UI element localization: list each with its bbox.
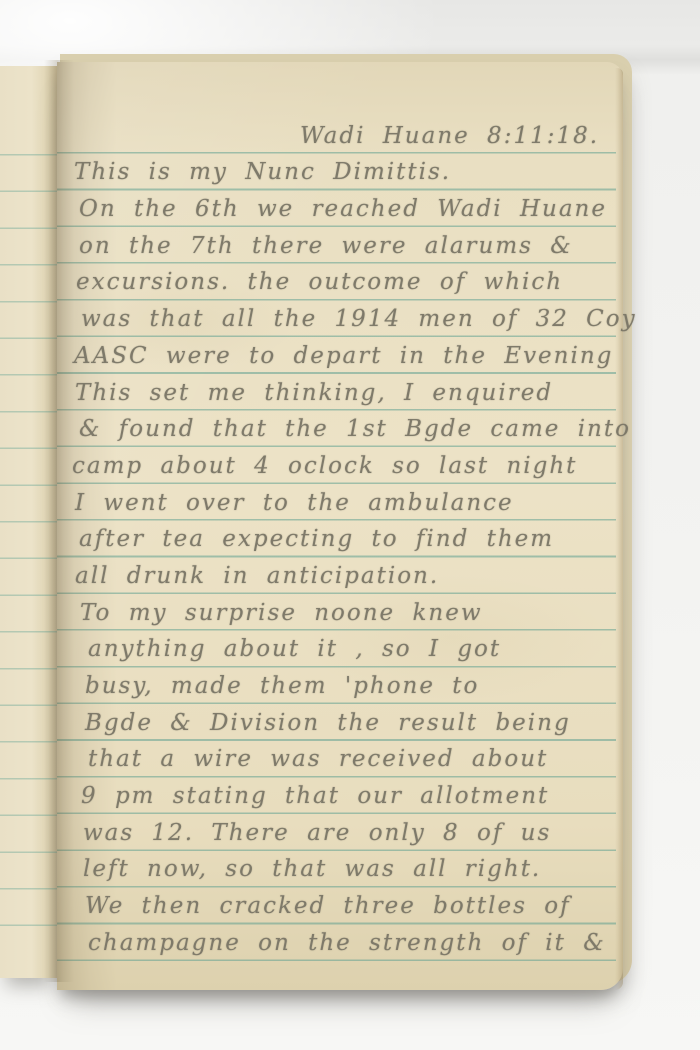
handwriting-line: I went over to the ambulance xyxy=(75,483,619,520)
handwriting-line: camp about 4 oclock so last night xyxy=(72,446,619,483)
handwriting-line: To my surprise noone knew xyxy=(80,593,619,630)
handwriting-line: was 12. There are only 8 of us xyxy=(83,813,619,850)
handwriting-line: anything about it , so I got xyxy=(88,630,619,667)
handwriting-line: We then cracked three bottles of xyxy=(85,886,619,923)
handwriting-line: left now, so that was all right. xyxy=(83,850,619,887)
handwriting-line: after tea expecting to find them xyxy=(79,520,619,557)
handwriting-line: & found that the 1st Bgde came into xyxy=(79,410,619,447)
handwriting-line: champagne on the strength of it & xyxy=(88,923,619,960)
handwriting-line: Bgde & Division the result being xyxy=(85,703,619,740)
handwriting-line: was that all the 1914 men of 32 Coy xyxy=(81,299,619,336)
handwriting-line: This set me thinking, I enquired xyxy=(75,373,619,410)
handwriting-line: on the 7th there were alarums & xyxy=(79,226,619,263)
notebook-spine-gutter xyxy=(44,60,74,982)
handwriting-line: busy, made them 'phone to xyxy=(85,666,619,703)
handwriting-line: that a wire was received about xyxy=(88,740,619,777)
photo-background: Wadi Huane 8:11:18. This is my Nunc Dimi… xyxy=(0,0,700,1050)
handwriting-line: all drunk in anticipation. xyxy=(75,556,619,593)
handwriting-line: On the 6th we reached Wadi Huane xyxy=(79,189,619,226)
handwriting-line: This is my Nunc Dimittis. xyxy=(74,153,619,190)
handwriting-line: AASC were to depart in the Evening xyxy=(74,336,619,373)
handwriting-line: excursions. the outcome of which xyxy=(76,263,619,300)
handwriting-line: 9 pm stating that our allotment xyxy=(81,776,619,813)
handwriting-text: Wadi Huane 8:11:18. This is my Nunc Dimi… xyxy=(74,116,619,960)
handwriting-line: Wadi Huane 8:11:18. xyxy=(300,116,619,153)
